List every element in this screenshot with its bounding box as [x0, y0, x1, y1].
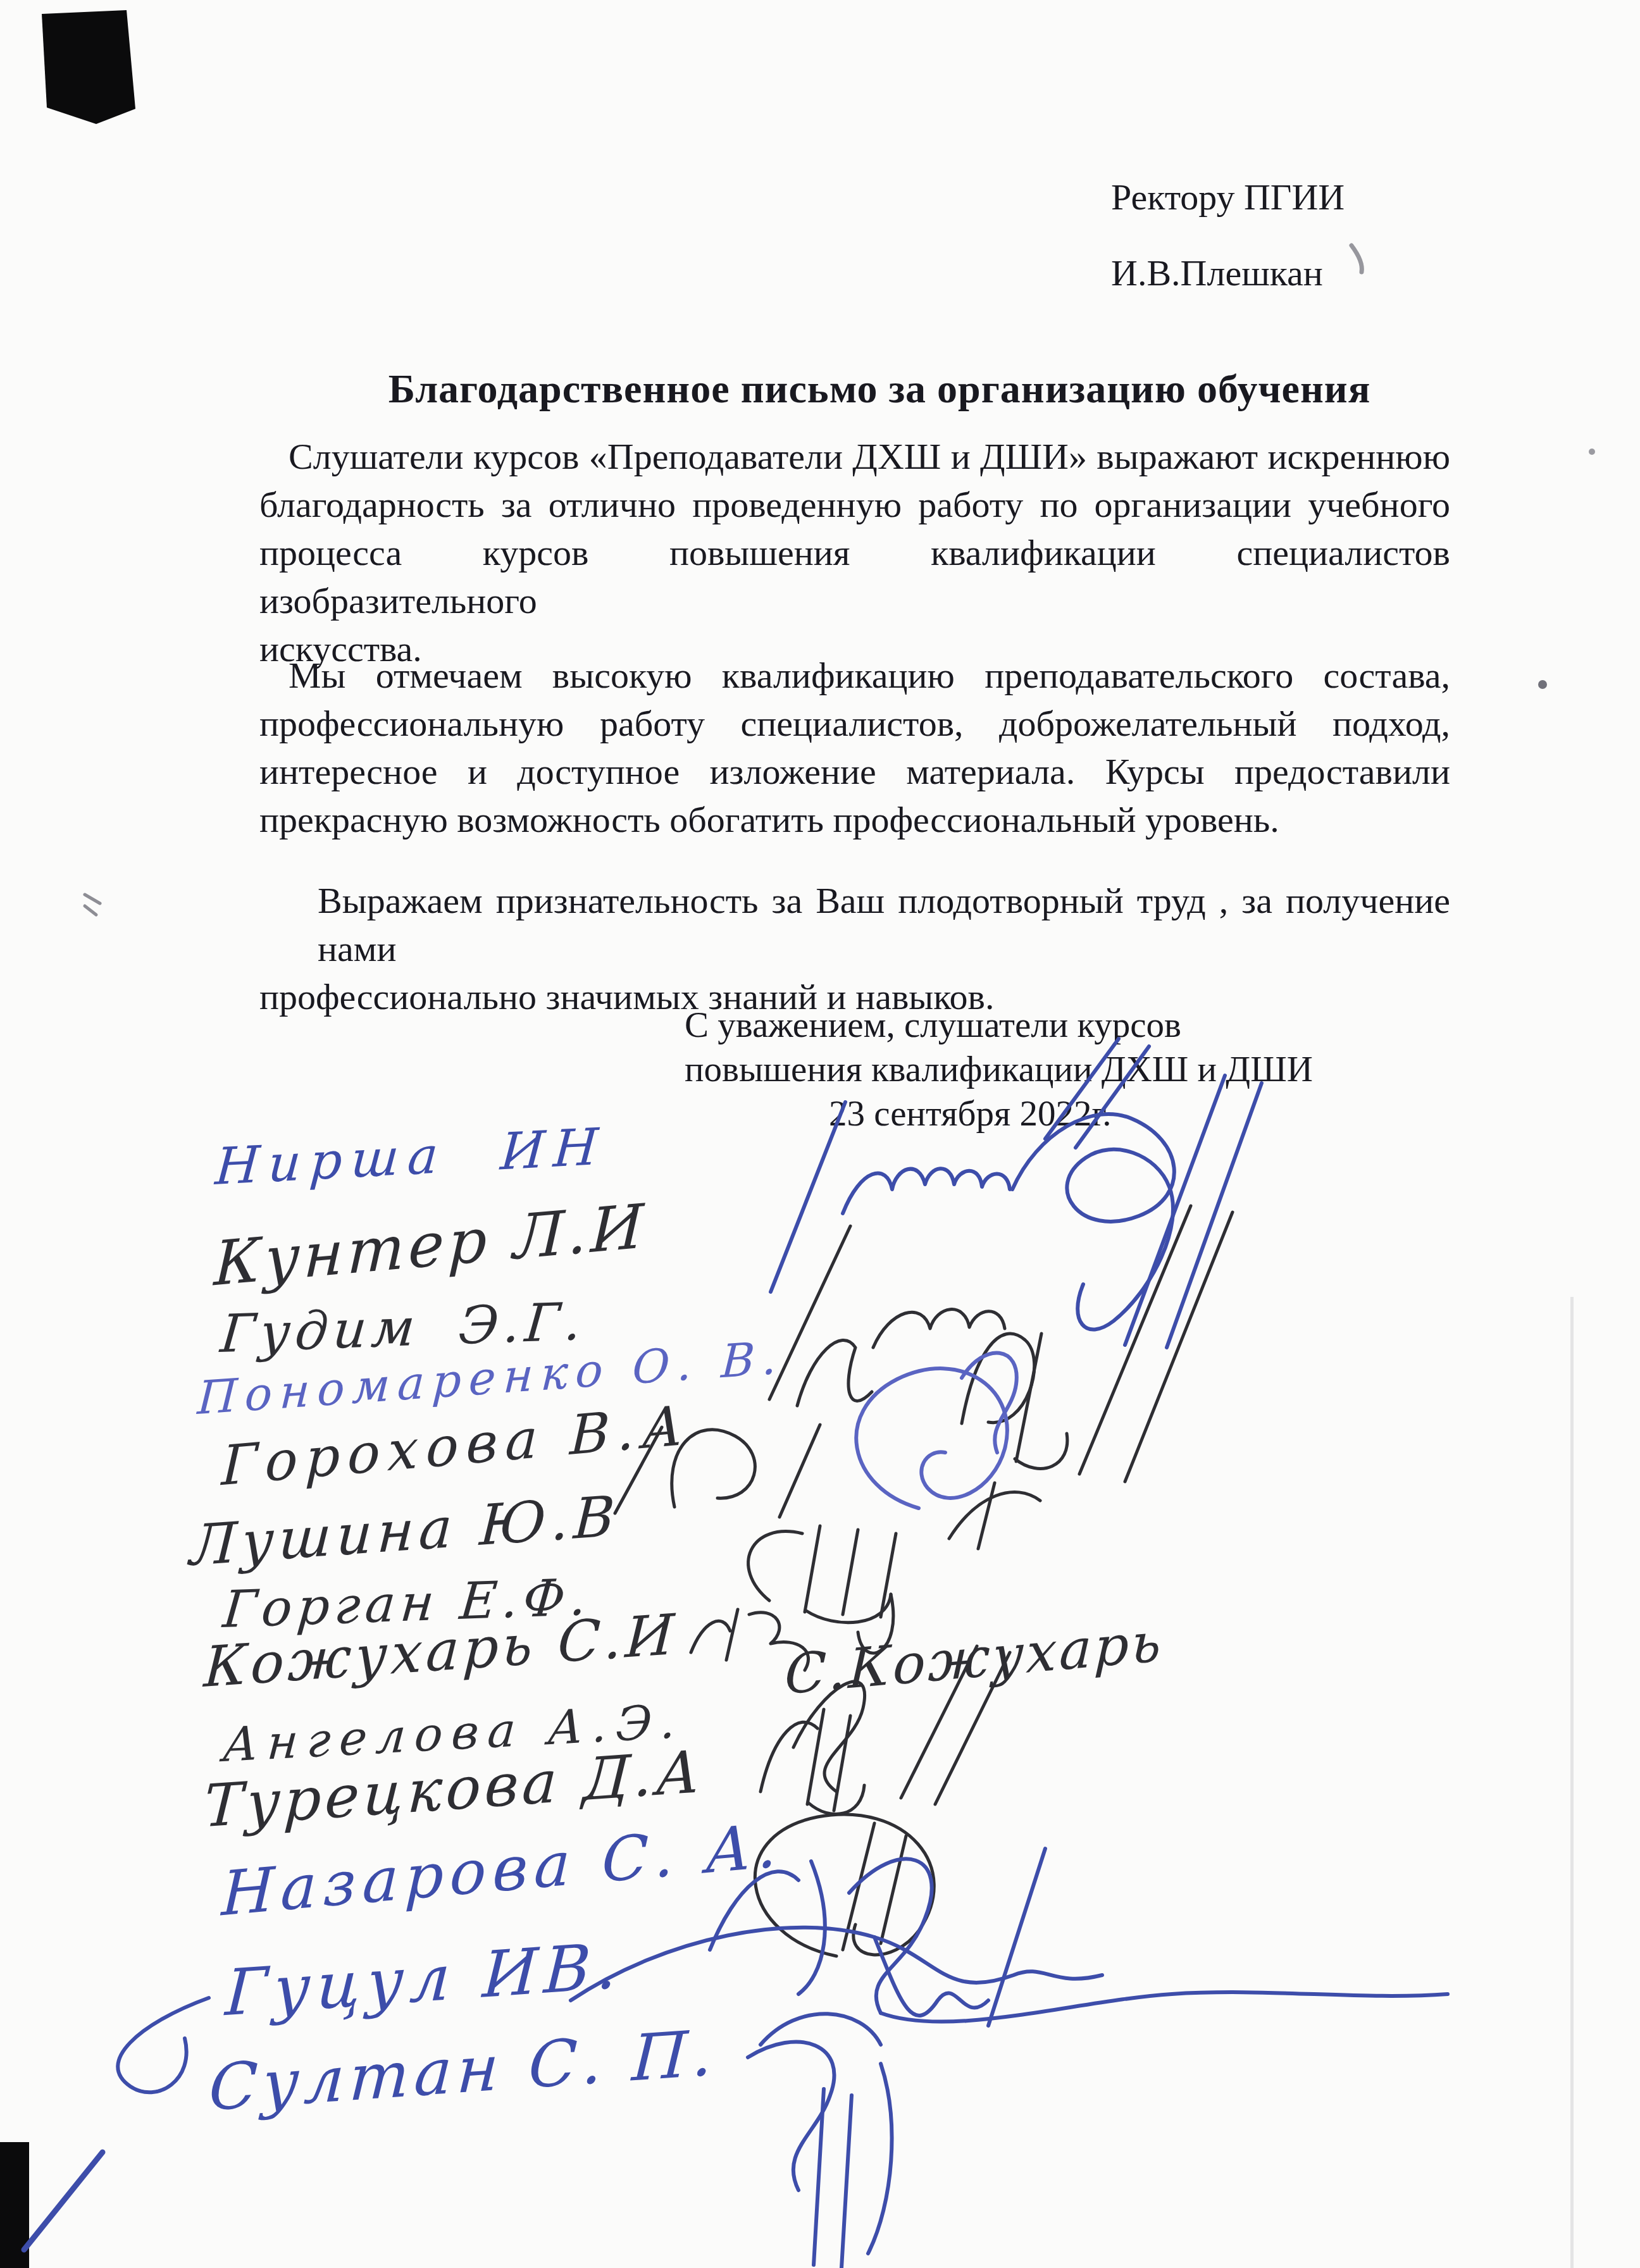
scan-artifact-bottom-left-corner: [0, 2142, 102, 2268]
autograph-flourish-nazarova: [710, 1849, 1448, 2026]
closing-date-line: 23 сентября 2022г.: [685, 1092, 1313, 1136]
recipient-block: Ректору ПГИИ И.В.Плешкан: [1111, 159, 1345, 311]
paragraph-3: Выражаем признательность за Ваш плодотво…: [259, 877, 1450, 1021]
autograph-flourish-angelova: [761, 1709, 864, 1814]
recipient-line-2: И.В.Плешкан: [1111, 235, 1345, 311]
paragraph-line: процесса курсов повышения квалификации с…: [259, 529, 1450, 625]
autograph-flourish-ponomarenko: [856, 1353, 1016, 1508]
autograph-flourish-lushina: [749, 1526, 896, 1653]
paragraph-line: интересное и доступное изложение материа…: [259, 748, 1450, 796]
paragraph-line: Слушатели курсов «Преподаватели ДХШ и ДШ…: [259, 433, 1450, 481]
paragraph-line: Выражаем признательность за Ваш плодотво…: [259, 877, 1450, 973]
autograph-flourish-sultan: [748, 2014, 891, 2268]
letter-title: Благодарственное письмо за организацию о…: [285, 366, 1474, 412]
recipient-line-1: Ректору ПГИИ: [1111, 159, 1345, 235]
scan-artifact-top-left-corner: [42, 10, 135, 124]
paragraph-line: благодарность за отлично проведенную раб…: [259, 481, 1450, 529]
signature-name-sultan: Султан С. П.: [208, 2015, 720, 2125]
scan-artifact-right-crease: [1570, 1297, 1574, 2268]
paragraph-line: прекрасную возможность обогатить професс…: [259, 796, 1450, 844]
paragraph-line: Мы отмечаем высокую квалификацию препода…: [259, 652, 1450, 700]
autograph-flourish-kunter-gudim: [769, 1206, 1233, 1549]
scanned-letter-page: Ректору ПГИИ И.В.Плешкан Благодарственно…: [0, 0, 1640, 2268]
signature-name-lushina: Лушина Ю.В: [189, 1483, 621, 1578]
paragraph-line: профессиональную работу специалистов, до…: [259, 700, 1450, 748]
signature-name-nirsha: Нирша ИН: [213, 1117, 609, 1196]
closing-line-1: С уважением, слушатели курсов: [685, 1003, 1313, 1048]
signature-autograph-kozhukhar: С.Кожухарь: [784, 1610, 1165, 1707]
paragraph-2: Мы отмечаем высокую квалификацию препода…: [259, 652, 1450, 844]
signature-name-kunter: Кунтер Л.И: [213, 1191, 649, 1300]
scan-artifact-top-right-blot: [1422, 89, 1459, 119]
closing-block: С уважением, слушатели курсов повышения …: [685, 1003, 1313, 1136]
paragraph-1: Слушатели курсов «Преподаватели ДХШ и ДШ…: [259, 433, 1450, 673]
signature-name-gutsul: Гуцул ИВ.: [224, 1928, 626, 2031]
closing-line-2: повышения квалификации ДХШ и ДШИ: [685, 1048, 1313, 1092]
